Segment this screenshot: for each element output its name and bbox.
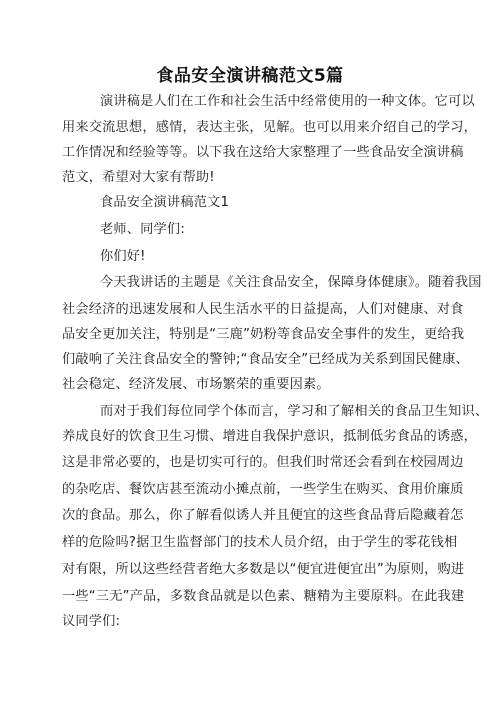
paragraph-line: 次的食品。那么，你了解看似诱人并且便宜的这些食品背后隐藏着怎: [62, 507, 442, 525]
paragraph-line: 养成良好的饮食卫生习惯、增进自我保护意识，抵制低劣食品的诱惑，: [62, 428, 442, 446]
paragraph-line: 的杂吃店、餐饮店甚至流动小摊点前，一些学生在购买、食用价廉质: [62, 481, 442, 499]
paragraph-line: 议同学们:: [62, 613, 442, 631]
paragraph-line: 而对于我们每位同学个体而言，学习和了解相关的食品卫生知识、: [100, 403, 480, 421]
paragraph-line: 今天我讲话的主题是《关注食品安全，保障身体健康》。随着我国: [100, 274, 480, 292]
document-title: 食品安全演讲稿范文5篇: [0, 61, 500, 86]
paragraph-line: 范文，希望对大家有帮助!: [62, 169, 442, 187]
paragraph-line: 一些“三无”产品，多数食品就是以色素、糖精为主要原料。在此我建: [62, 588, 442, 606]
paragraph-line: 用来交流思想，感情，表达主张，见解。也可以用来介绍自己的学习，: [62, 119, 442, 137]
paragraph-line: 演讲稿是人们在工作和社会生活中经常使用的一种文体。它可以: [100, 93, 480, 111]
paragraph-line: 们敲响了关注食品安全的警钟;“食品安全”已经成为关系到国民健康、: [62, 351, 442, 369]
paragraph-line: 样的危险吗?据卫生监督部门的技术人员介绍，由于学生的零花钱相: [62, 534, 442, 552]
paragraph-line: 这是非常必要的，也是切实可行的。但我们时常还会看到在校园周边: [62, 454, 442, 472]
paragraph-line: 社会稳定、经济发展、市场繁荣的重要因素。: [62, 376, 442, 394]
paragraph-line: 社会经济的迅速发展和人民生活水平的日益提高，人们对健康、对食: [62, 301, 442, 319]
section-heading: 食品安全演讲稿范文1: [100, 194, 480, 212]
salutation: 老师、同学们:: [100, 221, 480, 239]
greeting: 你们好!: [100, 248, 480, 266]
document-page: 食品安全演讲稿范文5篇 演讲稿是人们在工作和社会生活中经常使用的一种文体。它可以…: [0, 0, 500, 708]
paragraph-line: 工作情况和经验等等。以下我在这给大家整理了一些食品安全演讲稿: [62, 144, 442, 162]
paragraph-line: 对有限，所以这些经营者绝大多数是以“便宜进便宜出”为原则，购进: [62, 561, 442, 579]
paragraph-line: 品安全更加关注，特别是“三鹿”奶粉等食品安全事件的发生，更给我: [62, 326, 442, 344]
